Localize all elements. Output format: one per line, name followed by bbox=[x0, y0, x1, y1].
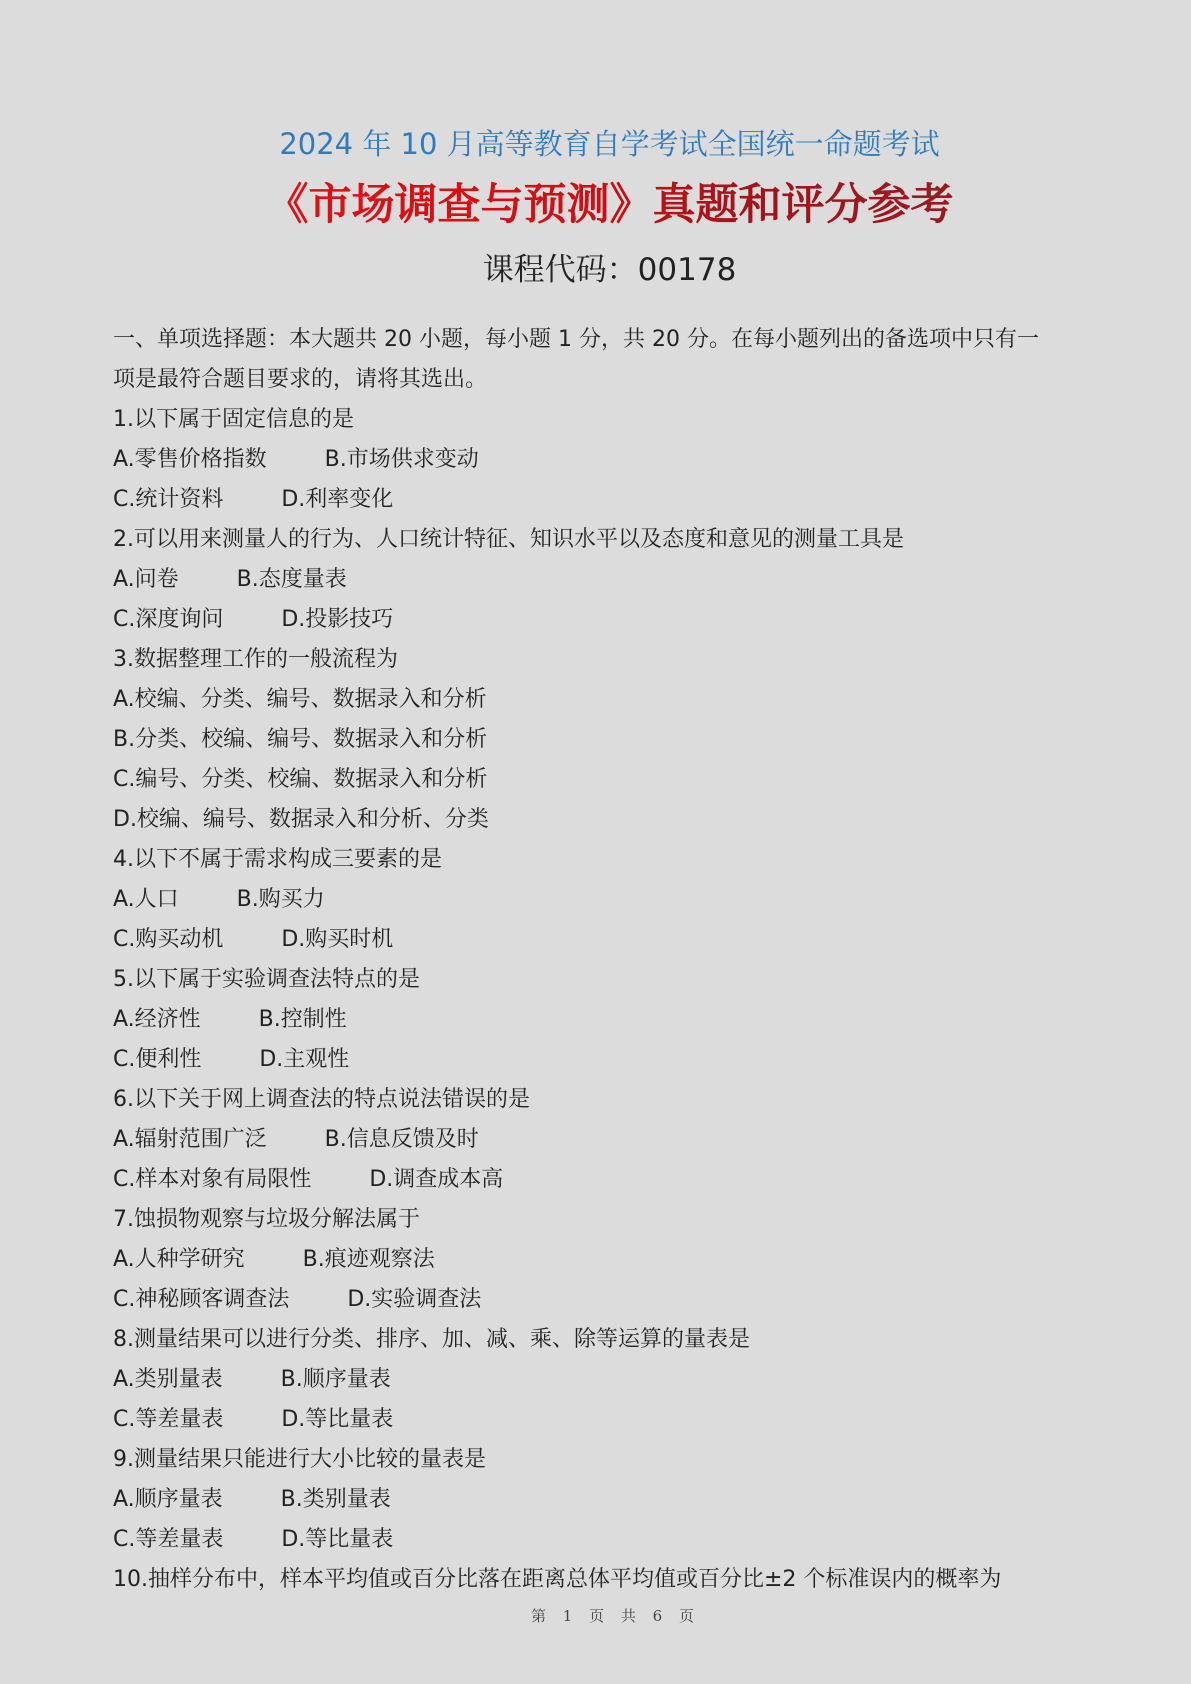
option: A.问卷 bbox=[113, 560, 179, 600]
course-code: 课程代码：00178 bbox=[0, 249, 1191, 291]
option: D.实验调查法 bbox=[347, 1280, 481, 1320]
exam-line: 2024 年 10 月高等教育自学考试全国统一命题考试 bbox=[0, 124, 1191, 164]
option: C.统计资料 bbox=[113, 480, 223, 520]
option: C.样本对象有局限性 bbox=[113, 1160, 311, 1200]
option-row: A.人口B.购买力 bbox=[113, 880, 1113, 920]
option: A.顺序量表 bbox=[113, 1480, 223, 1520]
section-intro-line2: 项是最符合题目要求的，请将其选出。 bbox=[113, 360, 1113, 400]
option: A.人种学研究 bbox=[113, 1240, 245, 1280]
question-stem: 8.测量结果可以进行分类、排序、加、减、乘、除等运算的量表是 bbox=[113, 1320, 1113, 1360]
option: C.购买动机 bbox=[113, 920, 223, 960]
option: B.顺序量表 bbox=[281, 1360, 391, 1400]
question-stem: 10.抽样分布中，样本平均值或百分比落在距离总体平均值或百分比±2 个标准误内的… bbox=[113, 1560, 1113, 1600]
option: B.控制性 bbox=[259, 1000, 347, 1040]
option: A.类别量表 bbox=[113, 1360, 223, 1400]
section-intro-line1: 一、单项选择题：本大题共 20 小题，每小题 1 分，共 20 分。在每小题列出… bbox=[113, 320, 1113, 360]
option: D.投影技巧 bbox=[281, 600, 393, 640]
option: B.购买力 bbox=[237, 880, 325, 920]
option: D.校编、编号、数据录入和分析、分类 bbox=[113, 800, 1113, 840]
page-title: 《市场调查与预测》真题和评分参考 bbox=[0, 178, 1191, 232]
option: C.便利性 bbox=[113, 1040, 201, 1080]
option: A.辐射范围广泛 bbox=[113, 1120, 267, 1160]
page-indicator: 第 1 页 共 6 页 bbox=[0, 1605, 1191, 1626]
option: D.等比量表 bbox=[281, 1520, 393, 1560]
option-row: A.人种学研究B.痕迹观察法 bbox=[113, 1240, 1113, 1280]
option-row: A.零售价格指数B.市场供求变动 bbox=[113, 440, 1113, 480]
option: B.痕迹观察法 bbox=[303, 1240, 435, 1280]
option: C.等差量表 bbox=[113, 1520, 223, 1560]
question-stem: 5.以下属于实验调查法特点的是 bbox=[113, 960, 1113, 1000]
option: D.购买时机 bbox=[281, 920, 393, 960]
option: D.等比量表 bbox=[281, 1400, 393, 1440]
question-stem: 2.可以用来测量人的行为、人口统计特征、知识水平以及态度和意见的测量工具是 bbox=[113, 520, 1113, 560]
option: D.利率变化 bbox=[281, 480, 393, 520]
option-row: C.深度询问D.投影技巧 bbox=[113, 600, 1113, 640]
option-row: C.统计资料D.利率变化 bbox=[113, 480, 1113, 520]
question-stem: 4.以下不属于需求构成三要素的是 bbox=[113, 840, 1113, 880]
option-row: A.经济性B.控制性 bbox=[113, 1000, 1113, 1040]
option: A.经济性 bbox=[113, 1000, 201, 1040]
option-row: C.购买动机D.购买时机 bbox=[113, 920, 1113, 960]
option: B.市场供求变动 bbox=[325, 440, 479, 480]
question-stem: 6.以下关于网上调查法的特点说法错误的是 bbox=[113, 1080, 1113, 1120]
option-row: C.便利性D.主观性 bbox=[113, 1040, 1113, 1080]
option-row: C.样本对象有局限性D.调查成本高 bbox=[113, 1160, 1113, 1200]
document-page: 2024 年 10 月高等教育自学考试全国统一命题考试 《市场调查与预测》真题和… bbox=[0, 0, 1191, 1684]
option: C.神秘顾客调查法 bbox=[113, 1280, 289, 1320]
option: A.人口 bbox=[113, 880, 179, 920]
option: B.类别量表 bbox=[281, 1480, 391, 1520]
option-row: C.等差量表D.等比量表 bbox=[113, 1520, 1113, 1560]
option: B.信息反馈及时 bbox=[325, 1120, 479, 1160]
option-row: A.顺序量表B.类别量表 bbox=[113, 1480, 1113, 1520]
option: A.零售价格指数 bbox=[113, 440, 267, 480]
option-row: C.等差量表D.等比量表 bbox=[113, 1400, 1113, 1440]
option-row: A.辐射范围广泛B.信息反馈及时 bbox=[113, 1120, 1113, 1160]
option: C.深度询问 bbox=[113, 600, 223, 640]
option: A.校编、分类、编号、数据录入和分析 bbox=[113, 680, 1113, 720]
option-row: C.神秘顾客调查法D.实验调查法 bbox=[113, 1280, 1113, 1320]
option: D.主观性 bbox=[259, 1040, 349, 1080]
option-row: A.问卷B.态度量表 bbox=[113, 560, 1113, 600]
option: B.分类、校编、编号、数据录入和分析 bbox=[113, 720, 1113, 760]
option: C.编号、分类、校编、数据录入和分析 bbox=[113, 760, 1113, 800]
page-title-text: 《市场调查与预测》真题和评分参考 bbox=[266, 180, 954, 230]
question-stem: 1.以下属于固定信息的是 bbox=[113, 400, 1113, 440]
question-stem: 9.测量结果只能进行大小比较的量表是 bbox=[113, 1440, 1113, 1480]
question-body: 一、单项选择题：本大题共 20 小题，每小题 1 分，共 20 分。在每小题列出… bbox=[113, 320, 1113, 1600]
option-row: A.类别量表B.顺序量表 bbox=[113, 1360, 1113, 1400]
question-stem: 7.蚀损物观察与垃圾分解法属于 bbox=[113, 1200, 1113, 1240]
option: C.等差量表 bbox=[113, 1400, 223, 1440]
option: B.态度量表 bbox=[237, 560, 347, 600]
question-stem: 3.数据整理工作的一般流程为 bbox=[113, 640, 1113, 680]
option: D.调查成本高 bbox=[369, 1160, 503, 1200]
